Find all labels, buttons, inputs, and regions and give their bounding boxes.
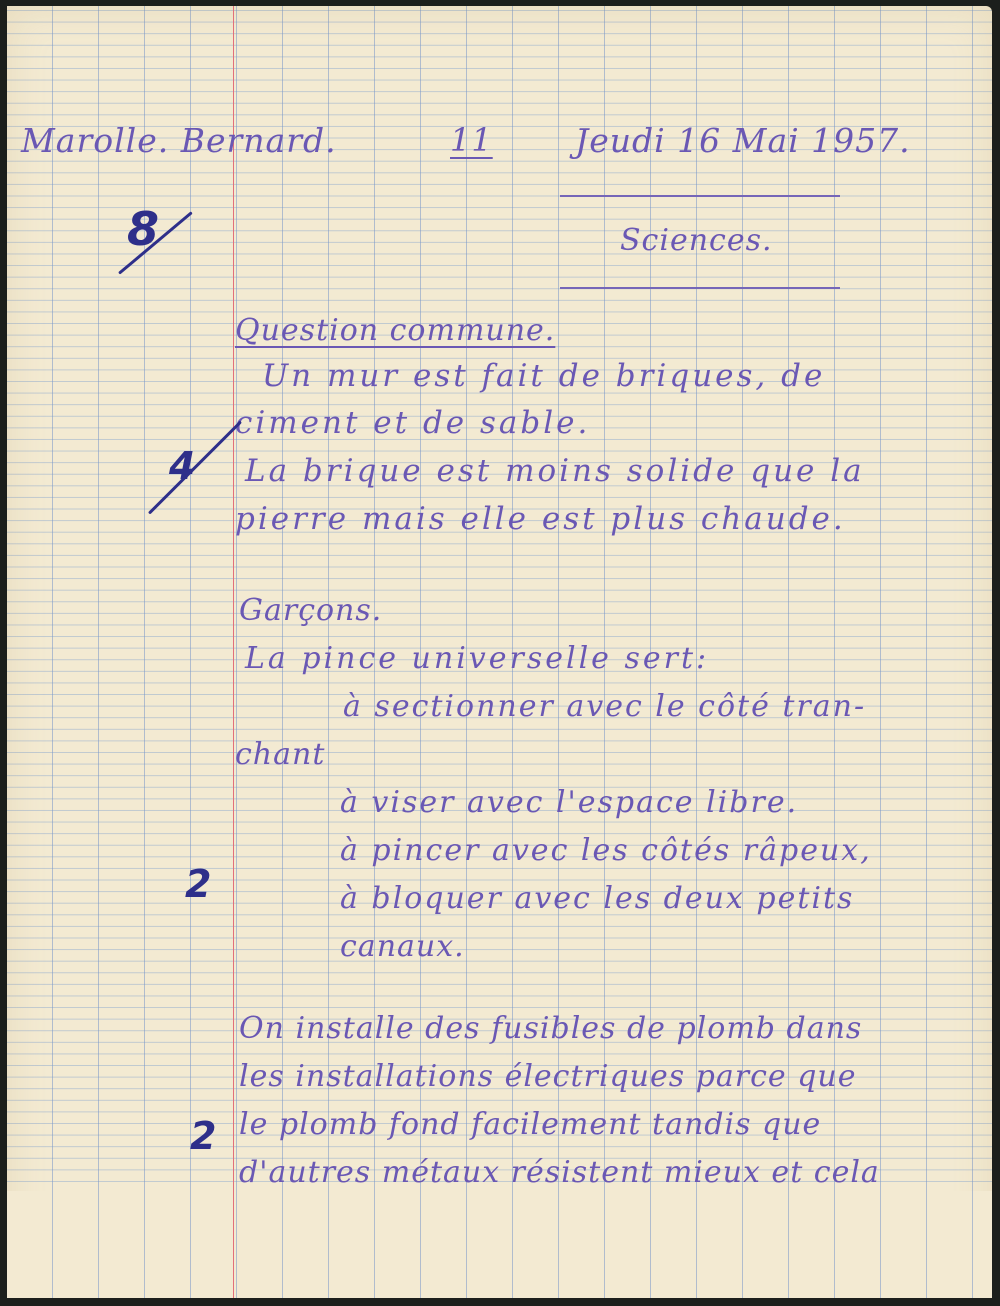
date: Jeudi 16 Mai 1957. xyxy=(575,124,911,157)
margin-line xyxy=(233,6,234,1298)
text-line: La brique est moins solide que la xyxy=(245,456,865,487)
text-line: d'autres métaux résistent mieux et cela xyxy=(239,1158,880,1188)
grade-fusibles: 2 xyxy=(190,1114,216,1158)
exercise-number: 11 xyxy=(450,124,493,156)
section-heading-garcons: Garçons. xyxy=(239,596,382,626)
text-line: à viser avec l'espace libre. xyxy=(340,788,798,818)
subject-title: Sciences. xyxy=(620,226,773,256)
title-rule-bottom xyxy=(560,287,840,289)
student-name: Marolle. Bernard. xyxy=(21,124,337,157)
text-line: le plomb fond facilement tandis que xyxy=(239,1110,821,1140)
grade-slash xyxy=(148,421,242,515)
title-rule-top xyxy=(560,195,840,197)
text-line: On installe des fusibles de plomb dans xyxy=(239,1014,862,1044)
section-heading-question-commune: Question commune. xyxy=(235,316,555,346)
text-line: à sectionner avec le côté tran- xyxy=(343,692,866,722)
text-line: chant xyxy=(235,740,325,770)
text-line: pierre mais elle est plus chaude. xyxy=(235,504,846,535)
text-line: La pince universelle sert: xyxy=(245,644,709,674)
text-line: Un mur est fait de briques, de xyxy=(262,361,825,392)
text-line: les installations électriques parce que xyxy=(239,1062,856,1092)
grid-lines-bottom xyxy=(7,1191,992,1298)
text-line: ciment et de sable. xyxy=(235,408,590,439)
overall-grade: 8 xyxy=(127,202,159,256)
text-line: à bloquer avec les deux petits xyxy=(340,884,854,914)
text-line: à pincer avec les côtés râpeux, xyxy=(340,836,872,866)
text-line: canaux. xyxy=(340,932,465,962)
notebook-page: Marolle. Bernard. 11 Jeudi 16 Mai 1957. … xyxy=(7,6,992,1298)
grade-garcons: 2 xyxy=(185,862,211,906)
